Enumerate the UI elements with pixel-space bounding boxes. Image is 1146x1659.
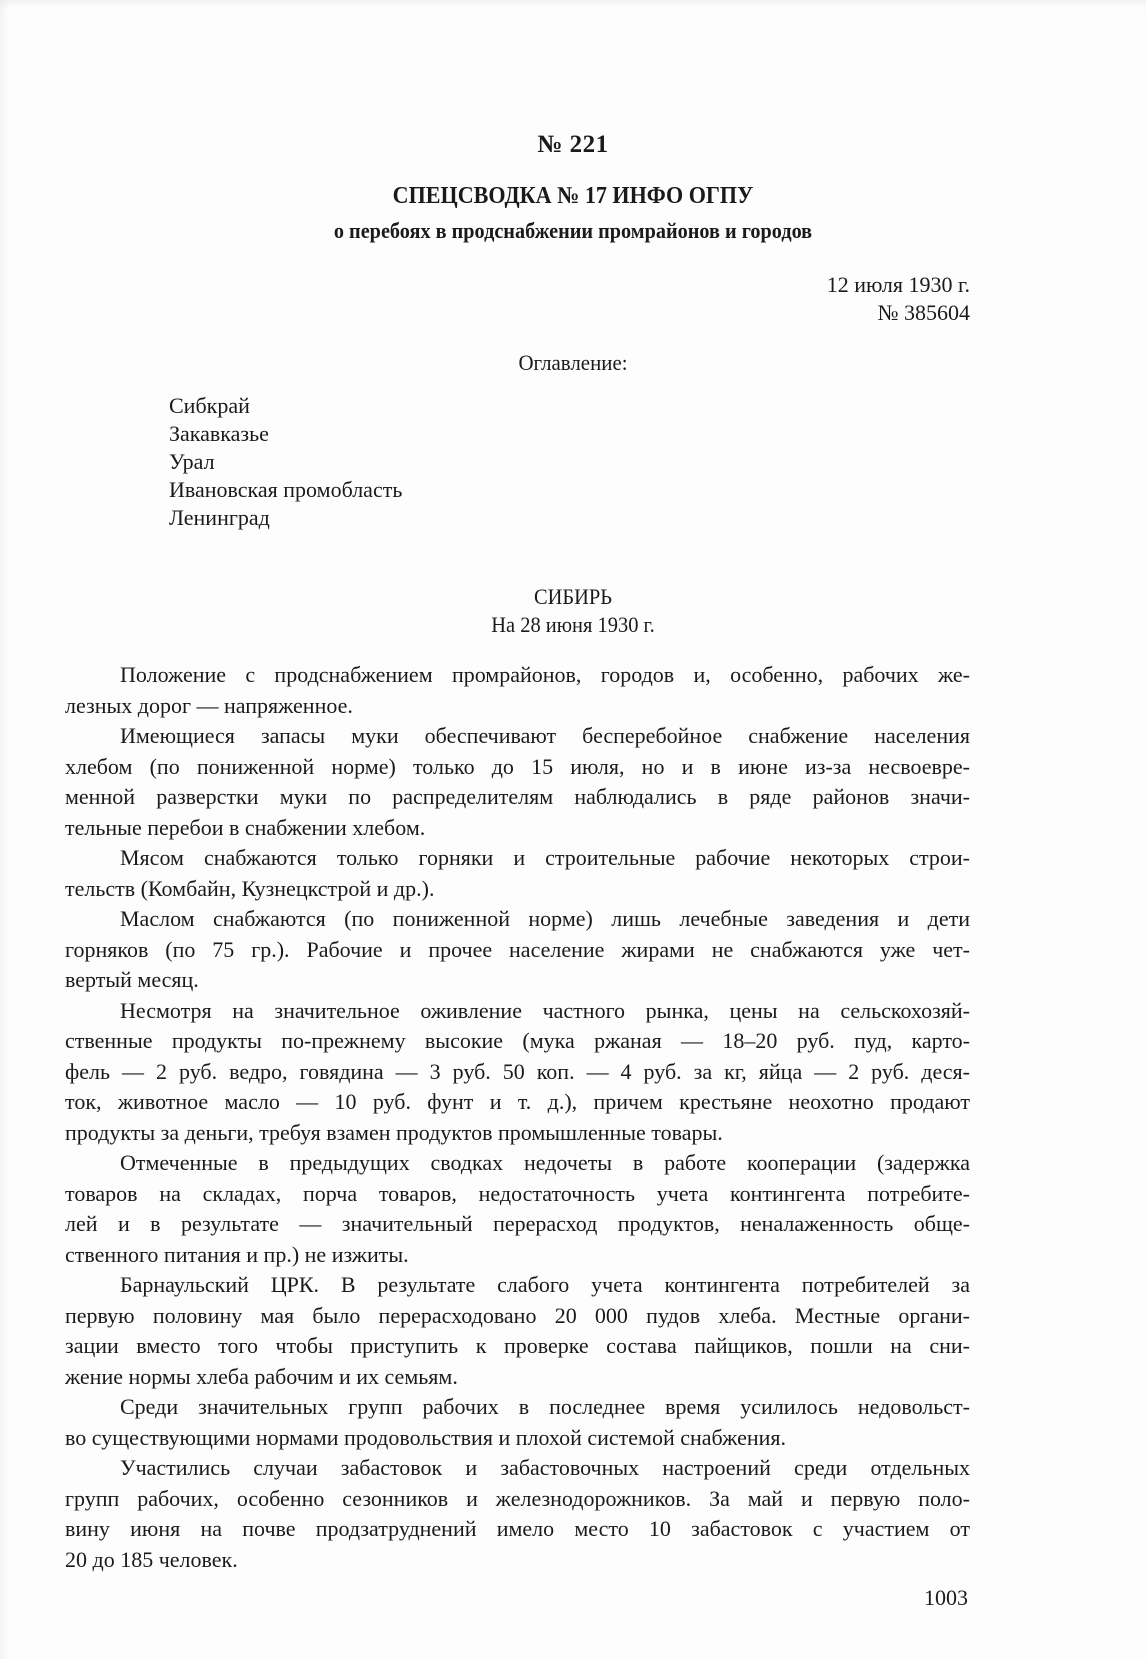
text-line: продукты за деньги, требуя взамен продук… — [65, 1118, 970, 1149]
text-line: горняков (по 75 гр.). Рабочие и прочее н… — [65, 935, 970, 966]
toc-list: Сибкрай Закавказье Урал Ивановская промо… — [169, 392, 402, 532]
paragraph: Участились случаи забастовок и забастово… — [120, 1453, 970, 1575]
paragraph: Несмотря на значительное оживление частн… — [120, 996, 970, 1149]
text-line: вертый месяц. — [65, 965, 970, 996]
text-line: Участились случаи забастовок и забастово… — [120, 1453, 970, 1484]
text-line: хлебом (по пониженной норме) только до 1… — [65, 752, 970, 783]
text-line: Несмотря на значительное оживление частн… — [120, 996, 970, 1027]
document-reg-number: № 385604 — [827, 299, 970, 327]
text-line: ственные продукты по-прежнему высокие (м… — [65, 1026, 970, 1057]
toc-item: Урал — [169, 448, 402, 476]
section-title: СИБИРЬ — [40, 583, 1106, 611]
text-line: Барнаульский ЦРК. В результате слабого у… — [120, 1270, 970, 1301]
document-meta: 12 июля 1930 г. № 385604 — [827, 271, 970, 327]
toc-item: Закавказье — [169, 420, 402, 448]
text-line: тельств (Комбайн, Кузнецкстрой и др.). — [65, 874, 970, 905]
document-date: 12 июля 1930 г. — [827, 271, 970, 299]
text-line: первую половину мая было перерасходовано… — [65, 1301, 970, 1332]
body-text: Положение с продснабжением промрайонов, … — [120, 660, 970, 1575]
text-line: менной разверстки муки по распределителя… — [65, 782, 970, 813]
text-line: жение нормы хлеба рабочим и их семьям. — [65, 1362, 970, 1393]
toc-item: Ивановская промобласть — [169, 476, 402, 504]
document-subtitle: о перебоях в продснабжении промрайонов и… — [46, 218, 1100, 244]
document-title: СПЕЦСВОДКА № 17 ИНФО ОГПУ — [46, 183, 1100, 210]
text-line: во существующими нормами продовольствия … — [65, 1423, 970, 1454]
paragraph: Барнаульский ЦРК. В результате слабого у… — [120, 1270, 970, 1392]
text-line: Маслом снабжаются (по пониженной норме) … — [120, 904, 970, 935]
text-line: товаров на складах, порча товаров, недос… — [65, 1179, 970, 1210]
text-line: Мясом снабжаются только горняки и строит… — [120, 843, 970, 874]
toc-heading: Оглавление: — [29, 350, 1118, 376]
paragraph: Положение с продснабжением промрайонов, … — [120, 660, 970, 721]
text-line: Положение с продснабжением промрайонов, … — [120, 660, 970, 691]
text-line: вину июня на почве продзатруднений имело… — [65, 1514, 970, 1545]
paragraph: Отмеченные в предыдущих сводках недочеты… — [120, 1148, 970, 1270]
text-line: ственного питания и пр.) не изжиты. — [65, 1240, 970, 1271]
document-page: № 221 СПЕЦСВОДКА № 17 ИНФО ОГПУ о перебо… — [0, 0, 1146, 1659]
paragraph: Мясом снабжаются только горняки и строит… — [120, 843, 970, 904]
paragraph: Маслом снабжаются (по пониженной норме) … — [120, 904, 970, 996]
section-date: На 28 июня 1930 г. — [40, 611, 1106, 639]
toc-item: Сибкрай — [169, 392, 402, 420]
text-line: зации вместо того чтобы приступить к про… — [65, 1331, 970, 1362]
section-heading: СИБИРЬ На 28 июня 1930 г. — [40, 583, 1106, 639]
paragraph: Имеющиеся запасы муки обеспечивают беспе… — [120, 721, 970, 843]
paragraph: Среди значительных групп рабочих в после… — [120, 1392, 970, 1453]
text-line: групп рабочих, особенно сезонников и жел… — [65, 1484, 970, 1515]
text-line: лезных дорог — напряженное. — [65, 691, 970, 722]
text-line: ток, животное масло — 10 руб. фунт и т. … — [65, 1087, 970, 1118]
text-line: Среди значительных групп рабочих в после… — [120, 1392, 970, 1423]
text-line: Отмеченные в предыдущих сводках недочеты… — [120, 1148, 970, 1179]
toc-item: Ленинград — [169, 504, 402, 532]
text-line: тельные перебои в снабжении хлебом. — [65, 813, 970, 844]
text-line: лей и в результате — значительный перера… — [65, 1209, 970, 1240]
text-line: Имеющиеся запасы муки обеспечивают беспе… — [120, 721, 970, 752]
document-number: № 221 — [0, 131, 1146, 159]
text-line: 20 до 185 человек. — [65, 1545, 970, 1576]
text-line: фель — 2 руб. ведро, говядина — 3 руб. 5… — [65, 1057, 970, 1088]
page-number: 1003 — [924, 1585, 968, 1611]
